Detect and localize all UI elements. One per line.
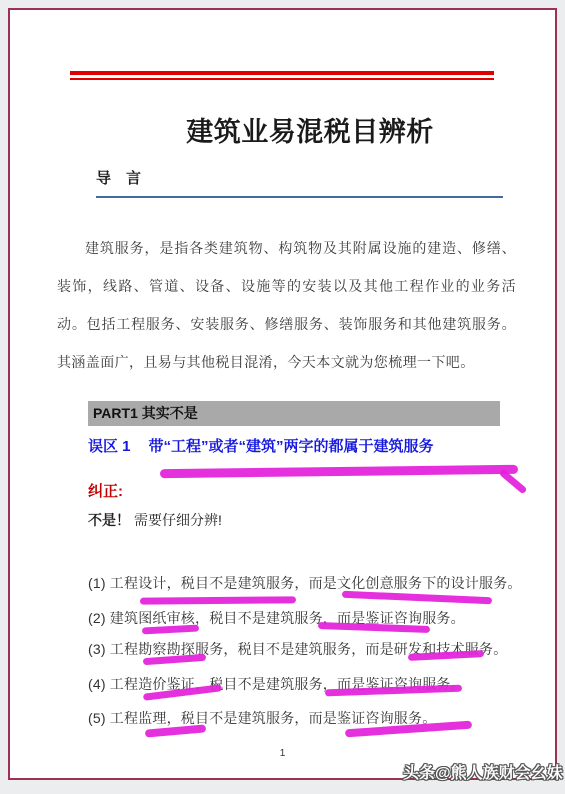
- document-title: 建筑业易混税目辨析: [110, 110, 510, 149]
- highlighter-stroke: [142, 625, 199, 635]
- header-double-rule: [70, 71, 494, 80]
- correction-label: 纠正:: [88, 480, 123, 501]
- answer-line: 不是！需要仔细分辨!: [88, 510, 222, 530]
- watermark: 头条@熊人族财会幺妹: [403, 760, 563, 783]
- myth-label: 误区 1: [88, 438, 131, 455]
- highlighter-stroke: [140, 596, 296, 604]
- myth-text: 带“工程”或者“建筑”两字的都属于建筑服务: [149, 438, 434, 455]
- myth-heading: 误区 1带“工程”或者“建筑”两字的都属于建筑服务: [88, 435, 434, 456]
- intro-paragraph: 建筑服务，是指各类建筑物、构筑物及其附属设施的建造、修缮、装饰，线路、管道、设备…: [57, 229, 516, 381]
- answer-text: 需要仔细分辨!: [134, 512, 222, 528]
- list-item-5: (5) 工程监理，税目不是建筑服务，而是鉴证咨询服务。: [88, 708, 436, 728]
- intro-heading-underline: [96, 196, 503, 198]
- page-number: 1: [10, 748, 555, 759]
- part1-header-bar: PART1 其实不是: [88, 401, 500, 426]
- answer-emphasis: 不是！: [88, 512, 130, 528]
- document-page: 建筑业易混税目辨析 导 言 建筑服务，是指各类建筑物、构筑物及其附属设施的建造、…: [8, 8, 557, 780]
- intro-heading: 导 言: [96, 167, 141, 188]
- highlighter-stroke: [160, 465, 518, 478]
- list-item-1: (1) 工程设计，税目不是建筑服务，而是文化创意服务下的设计服务。: [88, 573, 522, 593]
